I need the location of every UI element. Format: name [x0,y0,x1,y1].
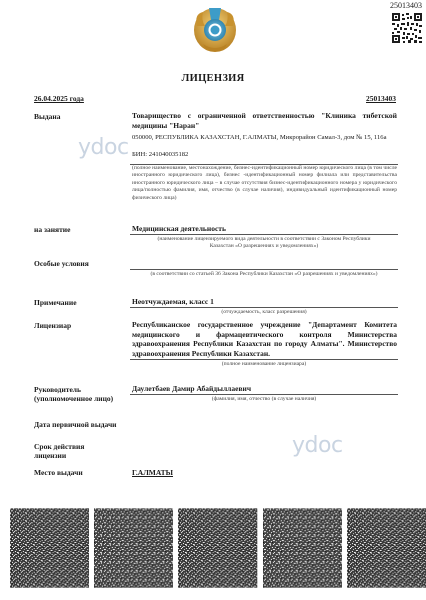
licensor-caption: (полное наименование лицензиара) [130,361,398,368]
licensee-bin: БИН: 241040035182 [132,151,397,159]
validity-label-line2: лицензии [34,451,84,460]
document-title: ЛИЦЕНЗИЯ [0,73,426,84]
divider [130,234,398,235]
activity-value: Медицинская деятельность [132,224,397,234]
qr-code-icon [392,13,422,43]
barcode-icon [347,508,426,588]
first-issue-date-label: Дата первичной выдачи [34,420,117,429]
barcode-icon [178,508,257,588]
activity-caption: (наименование лицензируемого вида деятел… [130,236,398,250]
barcode-icon [10,508,89,588]
special-conditions-label: Особые условия [34,259,89,268]
special-conditions-caption: (в соответствии со статьей 36 Закона Рес… [130,271,398,278]
activity-label: на занятие [34,225,70,234]
issued-to-label: Выдана [34,112,60,121]
issue-date: 26.04.2025 года [34,94,84,103]
licensee-name: Товарищество с ограниченной ответственно… [132,111,397,130]
document-number-top: 25013403 [390,1,422,10]
licensee-address: 050000, РЕСПУБЛИКА КАЗАХСТАН, Г.АЛМАТЫ, … [132,134,397,142]
head-label-line1: Руководитель [34,385,113,394]
barcode-icon [263,508,342,588]
divider [130,269,398,270]
note-caption: (отчуждаемость, класс разрешения) [130,309,398,316]
state-emblem-icon [191,4,239,54]
head-caption: (фамилия, имя, отчество (в случае наличи… [130,396,398,403]
license-number: 25013403 [366,94,396,103]
head-label-line2: (уполномоченное лицо) [34,394,113,403]
validity-label: Срок действия лицензии [34,442,84,460]
licensor-label: Лицензиар [34,321,71,330]
validity-label-line1: Срок действия [34,442,84,451]
watermark: ydoc [292,433,343,458]
barcode-icon [94,508,173,588]
watermark: ydoc [78,135,129,160]
place-of-issue-label: Место выдачи [34,468,83,477]
divider [130,359,398,360]
licensor-value: Республиканское государственное учрежден… [132,320,397,358]
divider [130,307,398,308]
barcode-strip [10,508,426,590]
head-value: Даулетбаев Дамир Абайдыллаевич [132,384,397,394]
head-label: Руководитель (уполномоченное лицо) [34,385,113,403]
divider [130,394,398,395]
note-label: Примечание [34,298,77,307]
note-value: Неотчуждаемая, класс 1 [132,297,397,307]
place-of-issue-value: Г.АЛМАТЫ [132,468,173,477]
licensee-caption: (полное наименование, местонахождение, б… [132,165,397,202]
